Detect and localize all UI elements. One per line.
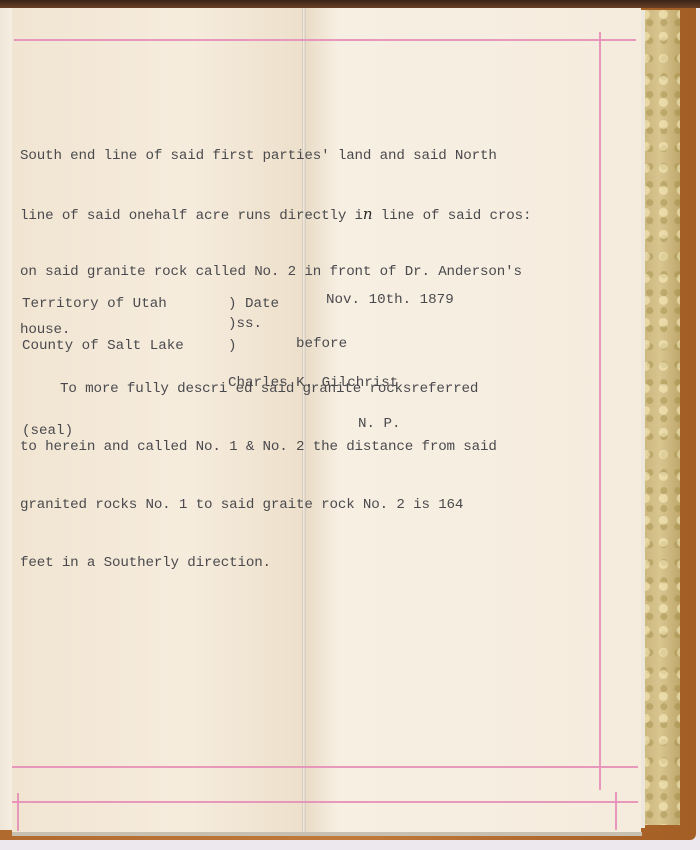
venue-paren-1: ) xyxy=(228,296,237,312)
venue-paren-2: ) xyxy=(228,338,237,354)
seal-label: (seal) xyxy=(22,423,73,439)
right-bottom-margin-rule xyxy=(615,792,617,830)
left-bottom-margin-rule xyxy=(17,793,19,831)
notary-name: Charles K. Gilchrist xyxy=(228,375,398,391)
top-margin-rule xyxy=(14,39,636,41)
paragraph-line: granited rocks No. 1 to said graite rock… xyxy=(20,496,640,515)
date-label: Date xyxy=(245,296,279,312)
body-line: on said granite rock called No. 2 in fro… xyxy=(20,263,640,282)
county-label: County of Salt Lake xyxy=(22,338,184,354)
decorative-endpaper xyxy=(640,10,680,825)
body-line: South end line of said first parties' la… xyxy=(20,147,640,166)
bottom-rule-1 xyxy=(12,766,638,768)
paragraph-line: to herein and called No. 1 & No. 2 the d… xyxy=(20,438,640,457)
bottom-rule-2 xyxy=(12,801,638,803)
ss-mark: )ss. xyxy=(228,316,262,332)
paragraph-line: feet in a Southerly direction. xyxy=(20,554,640,573)
before-label: before xyxy=(296,336,347,352)
date-value: Nov. 10th. 1879 xyxy=(326,292,454,308)
territory-label: Territory of Utah xyxy=(22,296,167,312)
notary-title: N. P. xyxy=(358,416,401,432)
body-line-with-correction: line of said onehalf acre runs directly … xyxy=(20,205,640,224)
handwritten-correction: n xyxy=(363,205,373,223)
page-bottom-edge xyxy=(12,832,642,836)
book-top-edge xyxy=(0,0,700,8)
